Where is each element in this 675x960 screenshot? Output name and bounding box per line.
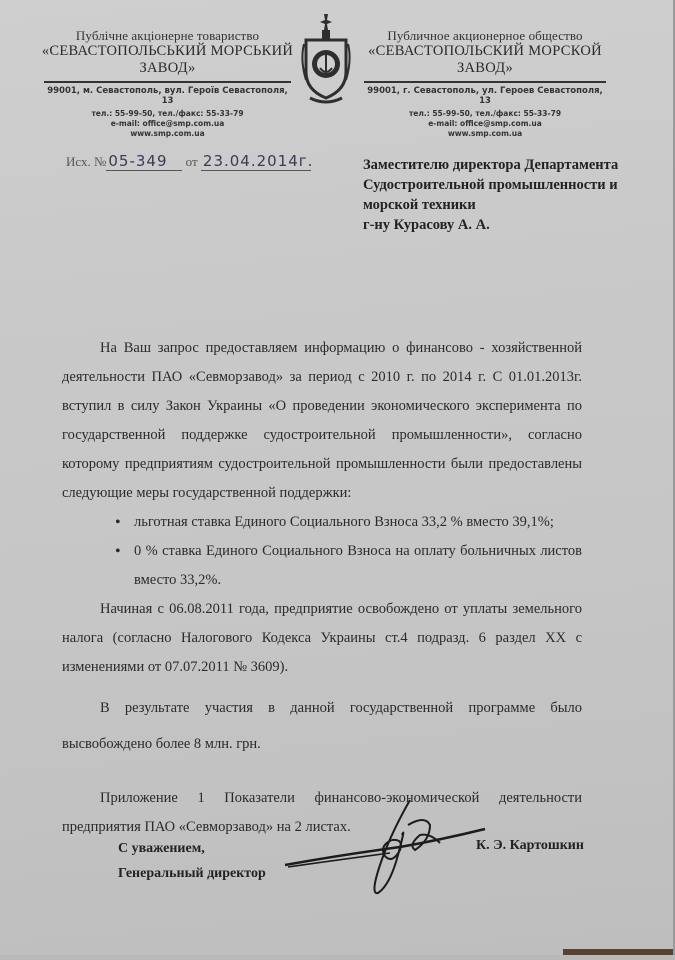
handwritten-signature-icon bbox=[280, 795, 500, 905]
company-phone-ru: тел.: 55-99-50, тел./факс: 55-33-79 bbox=[360, 109, 610, 119]
signer-name: К. Э. Картошкин bbox=[476, 838, 584, 854]
letterhead-ukrainian: Публічне акціонерне товариство «СЕВАСТОП… bbox=[40, 28, 295, 139]
letter-body: На Ваш запрос предоставляем информацию о… bbox=[62, 334, 582, 842]
outgoing-number-label: Исх. № bbox=[66, 154, 106, 169]
company-name-ua: «СЕВАСТОПОЛЬСЬКИЙ МОРСЬКИЙ ЗАВОД» bbox=[40, 43, 295, 77]
company-address-ru: 99001, г. Севастополь, ул. Героев Севаст… bbox=[360, 86, 610, 106]
desk-edge bbox=[563, 949, 673, 955]
list-item: 0 % ставка Единого Социального Взноса на… bbox=[134, 537, 582, 595]
addressee-line: Заместителю директора Департамента bbox=[363, 155, 618, 175]
company-type-ru: Публичное акционерное общество bbox=[360, 28, 610, 44]
addressee-name: г-ну Курасову А. А. bbox=[363, 215, 618, 235]
body-paragraph: На Ваш запрос предоставляем информацию о… bbox=[62, 334, 582, 508]
letterhead-divider bbox=[364, 81, 606, 83]
list-item: льготная ставка Единого Социального Взно… bbox=[134, 508, 582, 537]
letter-page: Публічне акціонерне товариство «СЕВАСТОП… bbox=[0, 0, 675, 955]
ship-anchor-emblem-icon bbox=[300, 10, 352, 110]
company-name-ru: «СЕВАСТОПОЛЬСКИЙ МОРСКОЙ ЗАВОД» bbox=[360, 43, 610, 77]
addressee-line: Судостроительной промышленности и bbox=[363, 175, 618, 195]
letter-date: 23.04.2014г. bbox=[201, 152, 311, 171]
company-email-ru: e-mail: office@smp.com.ua bbox=[360, 119, 610, 129]
company-type-ua: Публічне акціонерне товариство bbox=[40, 28, 295, 44]
signature-block: С уважением, Генеральный директор bbox=[118, 836, 266, 886]
reference-line: Исх. №05-349 от 23.04.2014г. bbox=[66, 152, 311, 171]
date-label: от bbox=[186, 154, 198, 169]
company-email-ua: e-mail: office@smp.com.ua bbox=[40, 119, 295, 129]
letterhead-divider bbox=[44, 81, 291, 83]
closing-phrase: С уважением, bbox=[118, 836, 266, 861]
body-paragraph: В результате участия в данной государств… bbox=[62, 690, 582, 762]
support-measures-list: льготная ставка Единого Социального Взно… bbox=[62, 508, 582, 595]
company-website-ru: www.smp.com.ua bbox=[360, 129, 610, 139]
letterhead-russian: Публичное акционерное общество «СЕВАСТОП… bbox=[360, 28, 610, 139]
company-address-ua: 99001, м. Севастополь, вул. Героїв Севас… bbox=[40, 86, 295, 106]
addressee-block: Заместителю директора Департамента Судос… bbox=[363, 155, 618, 235]
outgoing-number: 05-349 bbox=[106, 152, 182, 171]
company-website-ua: www.smp.com.ua bbox=[40, 129, 295, 139]
body-paragraph: Начиная с 06.08.2011 года, предприятие о… bbox=[62, 595, 582, 682]
addressee-line: морской техники bbox=[363, 195, 618, 215]
signer-title: Генеральный директор bbox=[118, 861, 266, 886]
company-phone-ua: тел.: 55-99-50, тел./факс: 55-33-79 bbox=[40, 109, 295, 119]
